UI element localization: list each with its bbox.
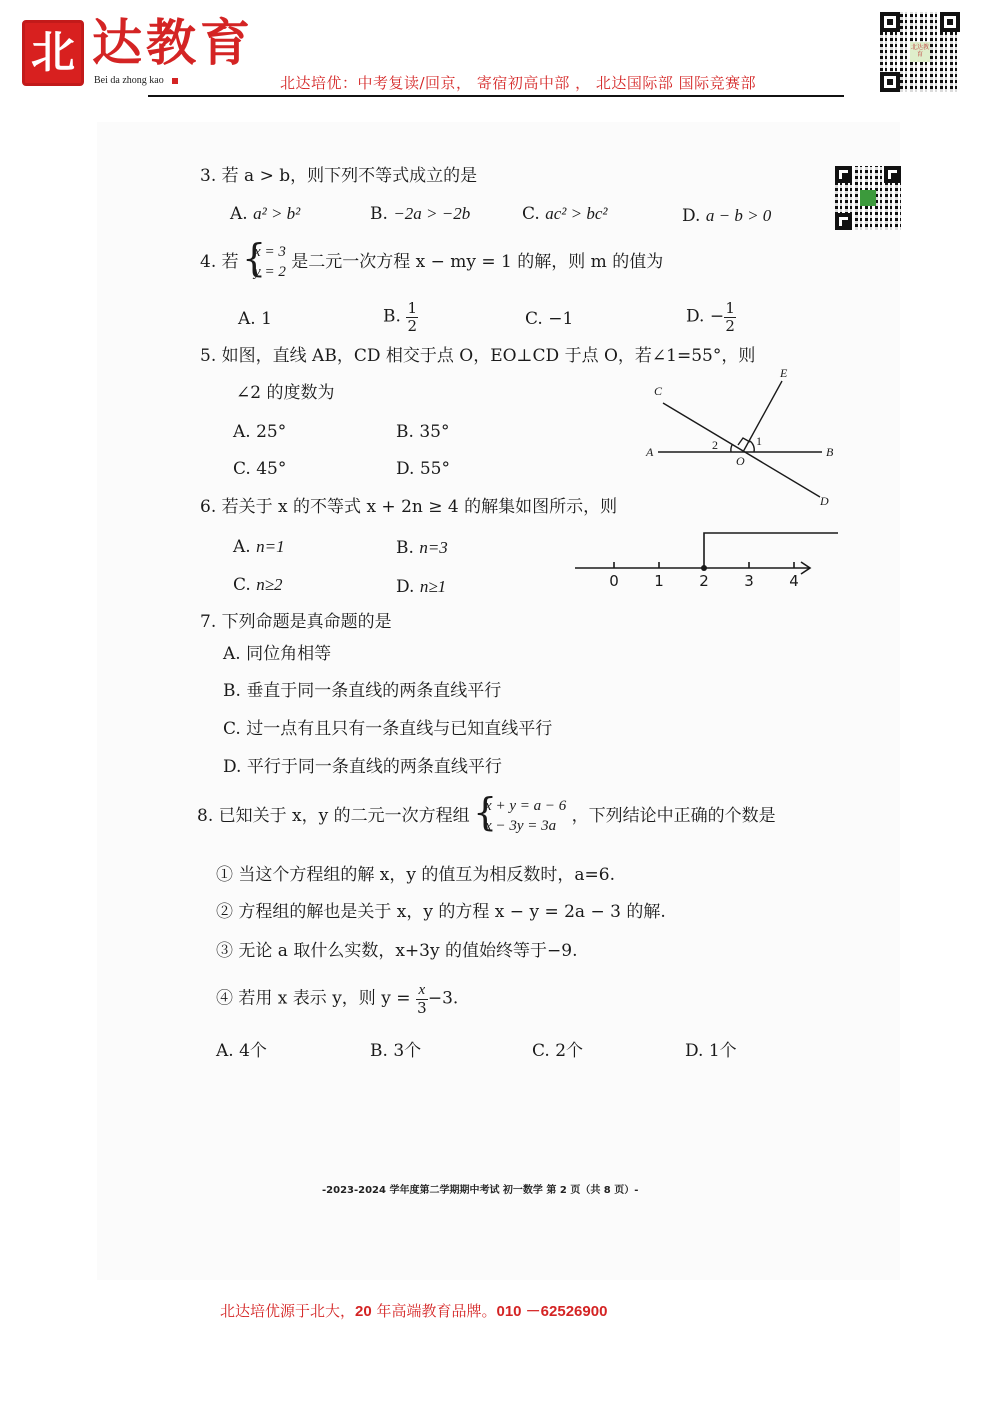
option-text: 1	[261, 309, 272, 329]
svg-text:1: 1	[756, 434, 762, 448]
equation-line: y = 2	[254, 263, 286, 283]
header-slogan: 北达培优：中考复读/回京， 寄宿初高中部 ， 北达国际部 国际竞赛部	[280, 72, 756, 93]
qr-finder	[880, 72, 900, 92]
option-text: 4个	[239, 1041, 267, 1061]
logo-subtitle-text: Bei da zhong kao	[94, 75, 164, 86]
qr-code-icon: 北达教育	[880, 12, 960, 92]
question-stem: 如图，直线 AB，CD 相交于点 O，EO⊥CD 于点 O，若∠1=55°，则	[222, 346, 756, 366]
tick-label: 2	[699, 572, 709, 590]
statement-marker: ④	[216, 989, 233, 1009]
option-c: C. −1	[525, 311, 573, 328]
option-c: C. 45°	[233, 461, 286, 478]
question-5: 5. 如图，直线 AB，CD 相交于点 O，EO⊥CD 于点 O，若∠1=55°…	[200, 348, 755, 365]
option-label: C.	[522, 204, 540, 224]
statement-text: 若用 x 表示 y，则 y =	[238, 989, 410, 1009]
question-7: 7. 下列命题是真命题的是	[200, 614, 392, 631]
qr-finder	[940, 12, 960, 32]
option-a: A. 25°	[233, 424, 286, 441]
option-label: D.	[396, 577, 414, 597]
statement-4: ④ 若用 x 表示 y，则 y = x3−3.	[216, 982, 458, 1016]
denominator: 2	[408, 318, 418, 335]
tick-label: 1	[654, 572, 664, 590]
question-stem: 若关于 x 的不等式 x + 2n ≥ 4 的解集如图所示，则	[222, 497, 617, 517]
statement-marker: ②	[216, 902, 233, 922]
option-text: n=3	[419, 538, 447, 557]
option-text: 2个	[555, 1041, 583, 1061]
option-text: 45°	[256, 459, 286, 479]
option-label: A.	[238, 309, 256, 329]
option-label: C.	[525, 309, 543, 329]
logo-char: 北	[31, 31, 75, 75]
option-text: 过一点有且只有一条直线与已知直线平行	[246, 719, 552, 739]
question-stem-prefix: 若	[222, 252, 239, 272]
option-c: C. 2个	[532, 1043, 583, 1060]
statement-2: ② 方程组的解也是关于 x，y 的方程 x − y = 2a − 3 的解.	[216, 904, 666, 921]
option-text: 垂直于同一条直线的两条直线平行	[246, 681, 501, 701]
fraction: 12	[406, 300, 418, 334]
option-text: a² > b²	[253, 204, 300, 223]
statement-text-suffix: −3.	[428, 989, 458, 1009]
option-text: 3个	[393, 1041, 421, 1061]
equation-system: x + y = a − 6 x − 3y = 3a	[475, 797, 566, 836]
option-label: A.	[216, 1041, 234, 1061]
question-stem: 若 a > b，则下列不等式成立的是	[222, 166, 477, 186]
statement-marker: ③	[216, 941, 233, 961]
question-stem-suffix: ，下列结论中正确的个数是	[572, 806, 776, 826]
option-label: D.	[396, 459, 414, 479]
advert-text: 北达培优源于北大，	[220, 1302, 355, 1320]
question-8: 8. 已知关于 x，y 的二元一次方程组 x + y = a − 6 x − 3…	[197, 797, 776, 836]
question-number: 8.	[197, 806, 213, 826]
equation-line: x − 3y = 3a	[485, 817, 566, 837]
numerator: 1	[408, 300, 418, 317]
svg-text:C: C	[654, 384, 663, 398]
question-number: 3.	[200, 166, 216, 186]
option-label: B.	[223, 681, 241, 701]
option-label: B.	[370, 204, 388, 224]
option-label: B.	[396, 422, 414, 442]
option-d: D. n≥1	[396, 578, 446, 596]
header-divider	[148, 95, 844, 97]
question-6: 6. 若关于 x 的不等式 x + 2n ≥ 4 的解集如图所示，则	[200, 499, 617, 516]
option-c: C. n≥2	[233, 576, 283, 594]
equation-system: x = 3 y = 2	[244, 243, 286, 282]
option-label: B.	[396, 538, 414, 558]
option-c: C. 过一点有且只有一条直线与已知直线平行	[223, 721, 552, 738]
option-text: 25°	[256, 422, 286, 442]
numerator: x	[419, 982, 426, 999]
qr-code-icon	[835, 166, 901, 230]
scanned-exam-page	[97, 122, 900, 1280]
question-number: 6.	[200, 497, 216, 517]
option-label: D.	[223, 757, 241, 777]
equation-line: x + y = a − 6	[485, 797, 566, 817]
option-b: B. 12	[383, 300, 418, 334]
tick-label: 0	[609, 572, 619, 590]
option-c: C. ac² > bc²	[522, 205, 607, 223]
qr-finder	[835, 213, 852, 230]
option-b: B. n=3	[396, 539, 448, 557]
option-label: D.	[682, 206, 700, 226]
logo-mark: 北	[22, 20, 84, 86]
svg-text:O: O	[736, 454, 745, 468]
svg-text:2: 2	[712, 438, 718, 452]
option-text: n=1	[256, 537, 284, 556]
option-label: C.	[532, 1041, 550, 1061]
advert-years: 20	[355, 1303, 372, 1320]
option-text: 同位角相等	[246, 644, 331, 664]
question-number: 7.	[200, 612, 216, 632]
intersecting-lines-figure: C E A B O D 2 1	[640, 365, 850, 515]
option-text: −2a > −2b	[393, 204, 470, 223]
option-label: B.	[370, 1041, 388, 1061]
option-text: a − b > 0	[706, 206, 771, 225]
fraction: 12	[724, 300, 736, 334]
option-a: A. a² > b²	[230, 205, 300, 223]
svg-text:A: A	[645, 445, 654, 459]
statement-text: 当这个方程组的解 x，y 的值互为相反数时，a=6.	[238, 865, 615, 885]
statement-text: 方程组的解也是关于 x，y 的方程 x − y = 2a − 3 的解.	[238, 902, 665, 922]
option-b: B. −2a > −2b	[370, 205, 470, 223]
option-a: A. 1	[238, 311, 272, 328]
bottom-advert: 北达培优源于北大，20 年高端教育品牌。010 －62526900	[220, 1300, 607, 1321]
question-5-line2: ∠2 的度数为	[236, 385, 334, 402]
option-text: n≥2	[256, 575, 282, 594]
advert-phone: 010 －62526900	[496, 1303, 607, 1320]
option-d: D. 1个	[685, 1043, 737, 1060]
option-label: D.	[685, 1041, 703, 1061]
statement-1: ① 当这个方程组的解 x，y 的值互为相反数时，a=6.	[216, 867, 615, 884]
option-label: A.	[233, 537, 251, 557]
option-text: 55°	[420, 459, 450, 479]
option-label: A.	[233, 422, 251, 442]
question-stem-prefix: 已知关于 x，y 的二元一次方程组	[219, 806, 470, 826]
option-label: A.	[230, 204, 248, 224]
option-text: 平行于同一条直线的两条直线平行	[247, 757, 502, 777]
option-label: B.	[383, 307, 401, 327]
statement-3: ③ 无论 a 取什么实数，x+3y 的值始终等于−9.	[216, 943, 577, 960]
svg-text:B: B	[826, 445, 834, 459]
page-footer: -2023-2024 学年度第二学期期中考试 初一数学 第 2 页（共 8 页）…	[322, 1181, 638, 1196]
svg-text:E: E	[779, 366, 788, 380]
denominator: 3	[417, 1000, 427, 1017]
option-d: D. −12	[686, 300, 736, 334]
option-text: −1	[548, 309, 573, 329]
question-stem-suffix: 是二元一次方程 x − my = 1 的解，则 m 的值为	[291, 252, 663, 272]
option-a: A. 4个	[216, 1043, 267, 1060]
denominator: 2	[725, 318, 735, 335]
option-b: B. 35°	[396, 424, 449, 441]
option-label: D.	[686, 307, 704, 327]
question-stem: 下列命题是真命题的是	[222, 612, 392, 632]
numerator: 1	[725, 300, 735, 317]
option-text: ac² > bc²	[545, 204, 607, 223]
advert-text: 年高端教育品牌。	[372, 1302, 497, 1320]
number-line-figure: 0 1 2 3 4	[575, 528, 840, 593]
qr-finder	[884, 166, 901, 183]
tick-label: 4	[789, 572, 799, 590]
square-icon	[172, 78, 178, 84]
question-number: 4.	[200, 252, 216, 272]
option-b: B. 垂直于同一条直线的两条直线平行	[223, 683, 501, 700]
question-4: 4. 若 x = 3 y = 2 是二元一次方程 x − my = 1 的解，则…	[200, 243, 663, 282]
option-d: D. a − b > 0	[682, 207, 771, 225]
option-label: C.	[233, 575, 251, 595]
svg-text:D: D	[819, 494, 829, 508]
option-label: C.	[233, 459, 251, 479]
option-b: B. 3个	[370, 1043, 421, 1060]
option-d: D. 55°	[396, 461, 450, 478]
question-3: 3. 若 a > b，则下列不等式成立的是	[200, 168, 477, 185]
qr-center-logo	[860, 190, 876, 206]
logo-subtitle: Bei da zhong kao	[94, 75, 178, 86]
tick-label: 3	[744, 572, 754, 590]
option-text: n≥1	[420, 577, 446, 596]
option-a: A. 同位角相等	[223, 646, 331, 663]
equation-line: x = 3	[254, 243, 286, 263]
question-number: 5.	[200, 346, 216, 366]
statement-text: 无论 a 取什么实数，x+3y 的值始终等于−9.	[238, 941, 577, 961]
qr-center-logo: 北达教育	[910, 42, 930, 62]
option-a: A. n=1	[233, 538, 285, 556]
qr-finder	[835, 166, 852, 183]
qr-finder	[880, 12, 900, 32]
option-label: C.	[223, 719, 241, 739]
option-d: D. 平行于同一条直线的两条直线平行	[223, 759, 502, 776]
fraction: x3	[416, 982, 428, 1016]
negative-sign: −	[710, 307, 724, 327]
statement-marker: ①	[216, 865, 233, 885]
option-text: 35°	[419, 422, 449, 442]
logo-name: 达教育	[92, 18, 254, 68]
option-text: 1个	[709, 1041, 737, 1061]
option-label: A.	[223, 644, 241, 664]
